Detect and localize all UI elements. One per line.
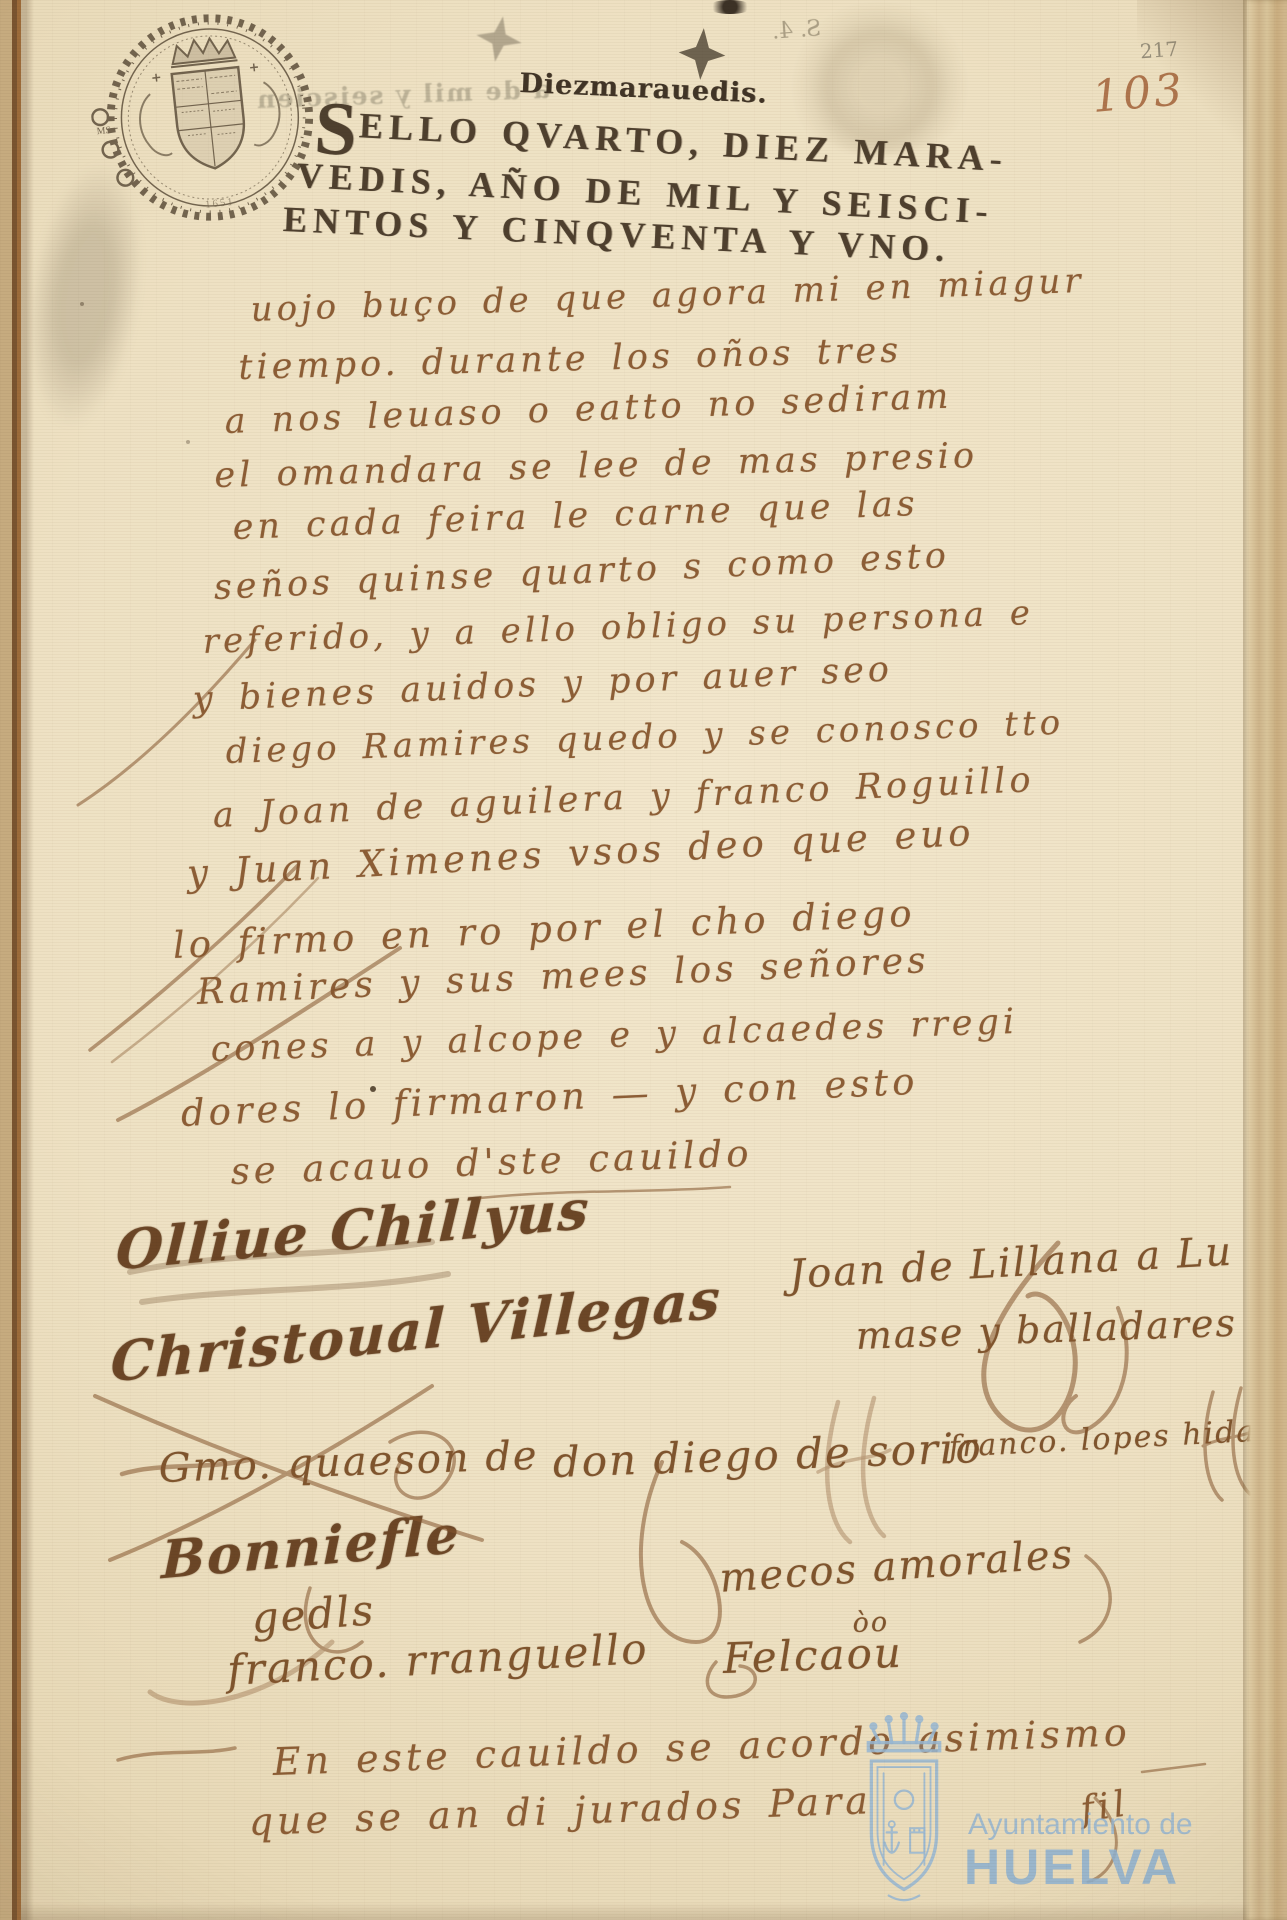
signature: franco. lopes hidalgo bbox=[948, 1411, 1287, 1465]
page-stack-edge bbox=[1243, 0, 1287, 1920]
manuscript-line: dores lo firmaron — y con esto bbox=[180, 1060, 919, 1135]
bottom-edge-shading bbox=[0, 1902, 1287, 1920]
book-binding-edge bbox=[0, 0, 34, 1920]
signature: Bonniefle bbox=[161, 1504, 461, 1591]
manuscript-line: en cada feira le carne que las bbox=[232, 484, 919, 548]
seal-year-mark: 1651 bbox=[205, 196, 236, 211]
manuscript-line: diego Ramires quedo y se conosco tto bbox=[225, 703, 1065, 772]
ink-speck bbox=[186, 440, 190, 444]
closing-line: En este cauildo se acordo asimismo bbox=[272, 1710, 1131, 1784]
cross-icon bbox=[472, 12, 525, 65]
manuscript-line: uojo buço de que agora mi en miagur bbox=[250, 261, 1085, 330]
signature: Felcaou bbox=[722, 1628, 904, 1683]
watermark-city-label: HUELVA bbox=[964, 1838, 1180, 1896]
ink-speck bbox=[370, 1086, 376, 1092]
ink-smudge-top bbox=[708, 0, 752, 14]
signature: Christoual Villegas bbox=[110, 1266, 723, 1395]
signature: Olliue Chillyus bbox=[115, 1177, 592, 1283]
seal-monogram: MS bbox=[96, 125, 111, 137]
manuscript-line: se acauo d'ste cauildo bbox=[230, 1132, 753, 1193]
signature: Gmo. quaeson de bbox=[158, 1433, 539, 1492]
manuscript-line: y bienes auidos y por auer seo bbox=[192, 649, 894, 720]
manuscript-line: referido, y a ello obligo su persona e bbox=[202, 593, 1035, 662]
closing-line: que se an di jurados Para bbox=[248, 1778, 873, 1844]
manuscript-line: tiempo. durante los oños tres bbox=[238, 331, 903, 388]
signature: don diego de sorio bbox=[552, 1423, 983, 1487]
tax-caption: Diezmarauedis. bbox=[519, 68, 769, 110]
manuscript-line: a nos leuaso o eatto no sediram bbox=[224, 377, 953, 442]
signature: Joan de Lillana a Lu peres bbox=[788, 1222, 1287, 1298]
closing-fragment: fil bbox=[1078, 1783, 1132, 1830]
signature: mase y balladares bbox=[855, 1301, 1238, 1358]
signature: gedls bbox=[250, 1585, 377, 1643]
corner-shading bbox=[1137, 0, 1247, 170]
manuscript-page-photo: a de mil y seiscien S. 4. MS bbox=[0, 0, 1287, 1920]
corner-mark-ghost: S. 4. bbox=[771, 16, 822, 44]
signature: mecos amorales bbox=[718, 1531, 1075, 1602]
manuscript-line: seños quinse quarto s como esto bbox=[213, 536, 951, 608]
ink-speck bbox=[80, 302, 84, 306]
